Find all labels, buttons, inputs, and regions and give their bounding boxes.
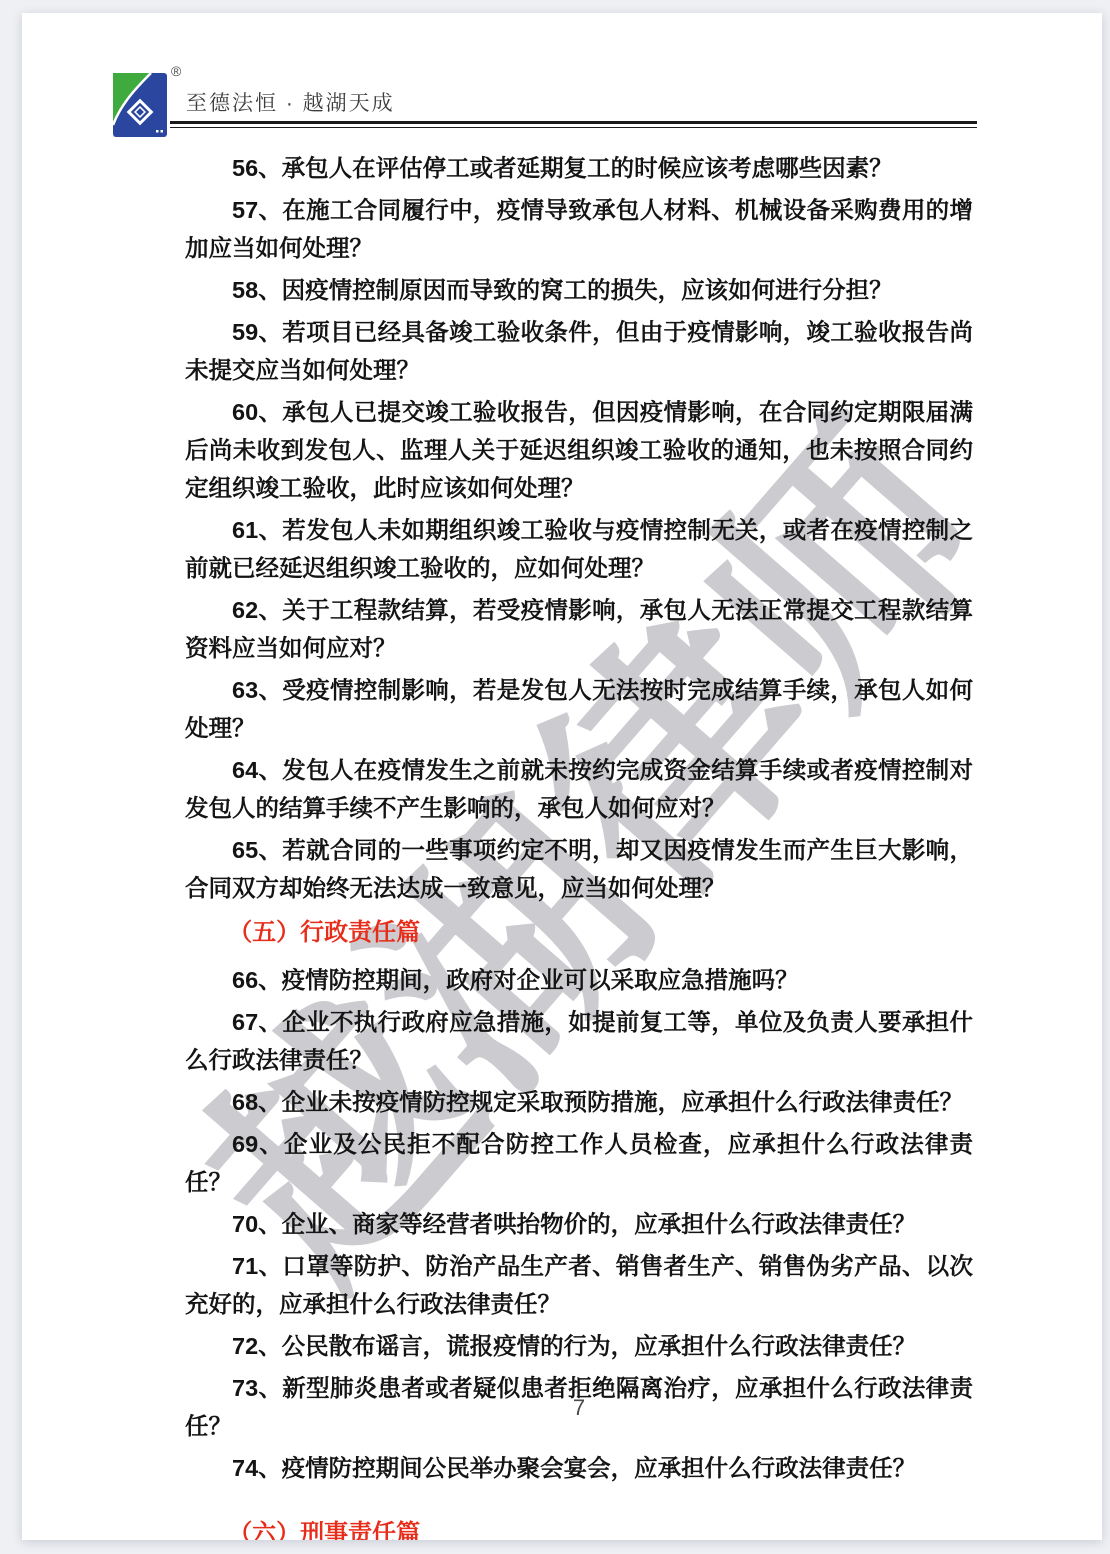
question-paragraph: 56、承包人在评估停工或者延期复工的时候应该考虑哪些因素？ <box>185 149 973 187</box>
question-paragraph: 61、若发包人未如期组织竣工验收与疫情控制无关，或者在疫情控制之前就已经延迟组织… <box>185 511 973 587</box>
question-paragraph: 58、因疫情控制原因而导致的窝工的损失，应该如何进行分担？ <box>185 271 973 309</box>
logo-dot <box>156 130 159 133</box>
brand-slogan-text: 至德法恒 · 越湖天成 <box>186 87 395 117</box>
document-page: 越湖律师 ® 至德法恒 · 越湖天成 56、承包人在评估停工或者延期复工的时候应… <box>22 13 1102 1540</box>
header-divider-thick-line <box>170 121 977 124</box>
question-paragraph: 60、承包人已提交竣工验收报告，但因疫情影响，在合同约定期限届满后尚未收到发包人… <box>185 393 973 507</box>
page-number: 7 <box>185 1395 973 1421</box>
question-paragraph: 74、疫情防控期间公民举办聚会宴会，应承担什么行政法律责任？ <box>185 1449 973 1487</box>
question-paragraph: 65、若就合同的一些事项约定不明，却又因疫情发生而产生巨大影响，合同双方却始终无… <box>185 831 973 907</box>
registered-trademark-mark: ® <box>171 63 181 79</box>
question-paragraph: 68、企业未按疫情防控规定采取预防措施，应承担什么行政法律责任？ <box>185 1083 973 1121</box>
logo-dot <box>161 130 164 133</box>
section-heading: （六）刑事责任篇 <box>185 1515 973 1540</box>
question-paragraph: 57、在施工合同履行中，疫情导致承包人材料、机械设备采购费用的增加应当如何处理？ <box>185 191 973 267</box>
document-body: 56、承包人在评估停工或者延期复工的时候应该考虑哪些因素？57、在施工合同履行中… <box>185 149 973 1540</box>
question-paragraph: 62、关于工程款结算，若受疫情影响，承包人无法正常提交工程款结算资料应当如何应对… <box>185 591 973 667</box>
question-paragraph: 69、企业及公民拒不配合防控工作人员检查，应承担什么行政法律责任？ <box>185 1125 973 1201</box>
question-paragraph: 71、口罩等防护、防治产品生产者、销售者生产、销售伪劣产品、以次充好的，应承担什… <box>185 1247 973 1323</box>
question-paragraph: 67、企业不执行政府应急措施，如提前复工等，单位及负责人要承担什么行政法律责任？ <box>185 1003 973 1079</box>
question-paragraph: 64、发包人在疫情发生之前就未按约完成资金结算手续或者疫情控制对发包人的结算手续… <box>185 751 973 827</box>
header-divider-thin-line <box>170 127 977 129</box>
question-paragraph: 66、疫情防控期间，政府对企业可以采取应急措施吗？ <box>185 961 973 999</box>
question-paragraph: 63、受疫情控制影响，若是发包人无法按时完成结算手续，承包人如何处理？ <box>185 671 973 747</box>
header-divider <box>170 121 977 128</box>
section-heading: （五）行政责任篇 <box>185 914 973 952</box>
lawfirm-logo-icon <box>113 73 167 137</box>
question-paragraph: 59、若项目已经具备竣工验收条件，但由于疫情影响，竣工验收报告尚未提交应当如何处… <box>185 313 973 389</box>
question-paragraph: 72、公民散布谣言，谎报疫情的行为，应承担什么行政法律责任？ <box>185 1327 973 1365</box>
question-paragraph: 70、企业、商家等经营者哄抬物价的，应承担什么行政法律责任？ <box>185 1205 973 1243</box>
